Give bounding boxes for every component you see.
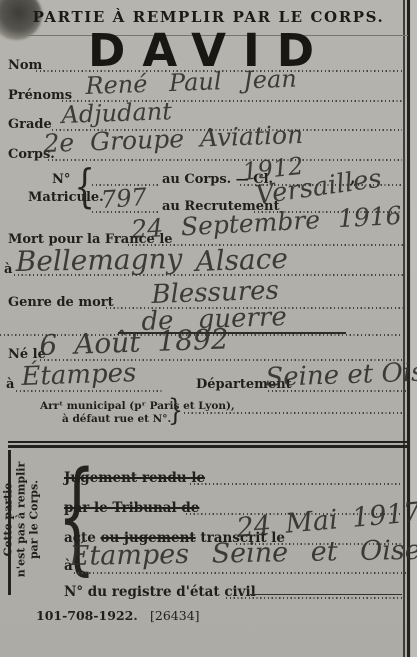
arr-label-line2: à défaut rue et N°. [62, 413, 171, 425]
jugement-label: Jugement rendu le [64, 470, 205, 486]
matricule-value: 797 [100, 183, 148, 214]
separator-rule-thin [8, 441, 410, 443]
sidebar-note-line3: par le Corps. [28, 455, 41, 585]
acte-lieu-value: Étampes Seine et Oise [69, 535, 417, 572]
genre-label: Genre de mort [8, 295, 114, 310]
prenoms-value: René Paul Jean [85, 65, 297, 100]
matricule-brace: { [74, 163, 94, 209]
arr-line [184, 412, 402, 414]
imprint-ref: [26434] [150, 608, 200, 623]
death-record-card: PARTIE À REMPLIR PAR LE CORPS. DAVID Nom… [0, 0, 417, 657]
tribunal-label: par le Tribunal de [64, 500, 199, 516]
jugement-line [190, 483, 402, 485]
ne-date-value: 6 Août 1892 [39, 322, 229, 362]
imprint-number: 101-708-1922. [36, 608, 138, 623]
corps-line [48, 159, 402, 161]
registre-ink-line [250, 594, 402, 595]
acte-lieu-line [74, 572, 406, 574]
sidebar-note-line1: Cette partie [2, 455, 15, 585]
departement-value: Seine et Oise [265, 357, 417, 393]
ne-lieu-a-label: à [6, 377, 14, 392]
sidebar-note-line2: n'est pas à remplir [15, 455, 28, 585]
mort-lieu-a-label: à [4, 262, 12, 277]
mort-lieu-value1: Bellemagny [15, 242, 182, 278]
mort-lieu-value2: Alsace [195, 242, 289, 278]
registre-line [226, 597, 402, 599]
ne-lieu-value: Étampes [21, 358, 137, 392]
sidebar-note: Cette partie n'est pas à remplir par le … [2, 455, 41, 585]
arr-label-line1: Arrᵗ municipal (pʳ Paris et Lyon), [40, 400, 235, 412]
matricule-no-label: N° [52, 172, 70, 187]
arr-brace: } [168, 396, 183, 426]
